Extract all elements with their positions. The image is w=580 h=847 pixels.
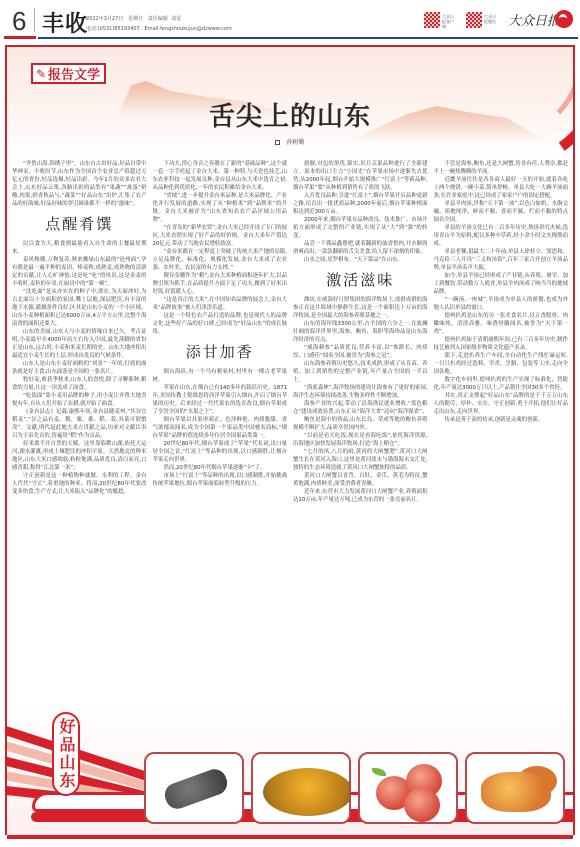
- paragraph: 近畿羊汤往往是各各商人最好一天的开始,就着各吃上两个烧饼,一碗小菜,简单舒畅。单…: [434, 176, 569, 200]
- sea-cucumber-photo: [144, 752, 244, 824]
- editor-label: 责任编辑: [148, 16, 168, 22]
- paragraph: 山东海参养殖历史悠久,技术成熟,形成了从育苗、养殖、加工到销售的完整产业链,年产…: [293, 360, 428, 384]
- section-heading: 添甘加香: [153, 348, 288, 356]
- masthead-divider: [34, 8, 35, 32]
- column-tag: ✎ 报告文学: [31, 63, 106, 84]
- paragraph: “海底森林”,海洋牧场的建设让海参有了更好的家园,海洋生态环境持续改善,生物多样…: [293, 384, 428, 400]
- qr-code-app[interactable]: [424, 12, 440, 28]
- sea-cucumber-image: [161, 766, 230, 812]
- crab-photo: [465, 752, 565, 824]
- paragraph: 民以食为天,粮食则最能看入自生命的主餐最星期来。: [12, 240, 147, 256]
- paragraph: “这是真正的大米”,在中国知名品牌的展会上,金台大米“品牌故事”被人们津津乐道。: [153, 296, 288, 312]
- paragraph: 其实,真正支撑起“好品山东”品牌的是千千万万山东人的勤劳、厚朴、实在。守正创新,…: [434, 392, 569, 416]
- paragraph: “威海刺参”品质优良,营养丰富,以“参龄长、肉质厚、口感佳”闻名全国,被誉为“海…: [293, 344, 428, 360]
- paragraph: 然而,20世纪80年代烟台苹果逐渐“卡”了。: [153, 464, 288, 472]
- paragraph: 2000年来,烟台苹果在品种改良、技术推广、市场开拓方面形成了完整的产业链,实现…: [293, 216, 428, 240]
- issue-meta: 2022年3月27日 星期日 责任编辑 刘雷: [86, 15, 181, 22]
- abalone-image: [263, 768, 351, 816]
- feature-band: 好品山东: [7, 700, 573, 835]
- email[interactable]: Email:fengshoukujun@dzwww.com: [145, 26, 232, 32]
- masthead: 6 丰收 2022年3月27日 星期日 责任编辑 刘雷 电话:(0531)851…: [0, 0, 580, 40]
- paragraph: 守正创新是这一种植物种就做、水利的工程。金台人代代“守正”,着重地的种米、将而,…: [12, 472, 147, 496]
- paragraph: 眼下,走进扒鸡生产车间,全自动化生产线忙碌运转,一只只扒鸡经过选料、宰杀、烹制、…: [434, 352, 569, 376]
- paragraph: 烟台海滨,有一个马有猴家村,村里有一棵古老苹果树。: [153, 368, 288, 384]
- paragraph: “吃饭面”靠小麦用品牌的种子,用小麦让齐鲁大地喜悦有年,自从人们开始了农耕,就开…: [12, 392, 147, 408]
- leaf-image: [372, 768, 386, 776]
- paragraph: 单县羊肉汤,世称“天下第一汤”,以色白如奶、水脂交融、质地纯净、鲜而不膻、香而不…: [434, 200, 569, 224]
- issue-weekday: 星期日: [128, 16, 143, 22]
- column-4: 不管是海参,鲍鱼,还是大闸蟹,皆各有佳,人尊崇,都赶不上一碗热腾腾的羊汤。 近畿…: [434, 160, 569, 708]
- paragraph: 山水之间,星罗棋布。“天下第品”在山东。: [293, 256, 428, 264]
- paragraph: 单县老饕,倡最大二十年前,单县人徐桂立、窦思和、马克俭三人开设“三义和汤馆”,百…: [434, 248, 569, 272]
- paragraph: 市场上“红富士”等品种的出现,以口感制胜,开始挑战传统苹果地位,烟台苹果面临转型…: [153, 472, 288, 488]
- column-tag-label: 报告文学: [48, 64, 100, 83]
- page-number: 6: [12, 6, 26, 37]
- bottom-rule: [7, 835, 573, 839]
- abalone-photo: [251, 752, 351, 824]
- paragraph: 德州扒鸡是山东的另一张美食名片,以五香脱骨、肉嫩味纯、清淡高雅、味透骨髓闻名,被…: [434, 312, 569, 336]
- paragraph: 好米离不开自然的天赋。这里靠临微山湖,依托大运河,湖水灌溉,形成土壤肥沃的冲积平…: [12, 440, 147, 472]
- article-body: “齐鲁山海,锦绣千里”。山东自古出好品,好品自带中华神采。丰收时节,山东作为全国…: [12, 160, 568, 708]
- apple-image: [404, 788, 440, 822]
- crab-image: [481, 772, 551, 812]
- paragraph: 不管是海参,鲍鱼,还是大闸蟹,皆各有佳,人尊崇,都赶不上一碗热腾腾的羊汤。: [434, 160, 569, 176]
- paragraph: 烟台苹果以其果形端正、色泽鲜艳、肉质脆甜、香气浓郁而闻名,成为全国第一个果品类中…: [153, 416, 288, 440]
- paragraph: 近年来,东营市大力发展黄河口大闸蟹产业,养殖面积达10万亩,年产量达万吨,已成为…: [293, 488, 428, 504]
- paragraph: “在青岛的“新华农贸”,金台大米已经开设了专门的展区,大米直销实现了好产品的好价…: [153, 224, 288, 248]
- pen-nib-icon: ✎: [36, 68, 46, 80]
- qr-code-wechat[interactable]: [466, 12, 482, 28]
- paragraph: 这是一个特色农产品打造的品牌,也是现代人的品牌文化,这些好产品的好口碑,已经成为…: [153, 312, 288, 336]
- paragraph: 如今,单县羊汤已经形成了产业链,从养殖、屠宰、加工到餐饮,带动数万人就业,单县羊…: [434, 272, 569, 296]
- paragraph: 单县的羊汤文化已有二百多年历史,熬汤讲究火候,选用青山羊为原料,配以多种中草药,…: [434, 224, 569, 248]
- column-3: 旗舰,对包的黑优,锦实,识月京果品种进行了全新建立。原本的出口主力“小国光”在苹…: [293, 160, 428, 708]
- paragraph: 泰风梭播,万物复苏,秋来拂绿山东最的“沧州面”,孕有都是最一遍平种的麦田。棒麦秋…: [12, 256, 147, 288]
- good-products-tag: 好品山东: [52, 712, 80, 796]
- section-heading: 激活滋味: [293, 276, 428, 284]
- issue-date: 2022年3月27日: [86, 16, 123, 22]
- paragraph: “省域”,进一步提升金台米品种,是大米品牌化、产业化并行发展的道路,实现了从“种…: [153, 192, 288, 224]
- byline-box-icon: [275, 140, 280, 145]
- paragraph: 数字化车间里,德州扒鸡的生产实现了标准化、智能化,年产量达3000万只以上,产品…: [434, 376, 569, 392]
- masthead-rule: [38, 37, 578, 39]
- editor-name: 刘雷: [171, 16, 181, 22]
- column-1: “齐鲁山海,锦绣千里”。山东自古出好品,好品自带中华神采。丰收时节,山东作为全国…: [12, 160, 147, 708]
- column-2: 下功夫,傍心身音之容器在了新的“基础品种”,这个就一套一字手托起了金台大米。第一…: [153, 160, 288, 708]
- paragraph: 传承是善于演的传承,创新是灵魂的创新。: [434, 416, 569, 424]
- paragraph: 稷谷金穗作为“粮”,金台大米种植面积逐年扩大,以品牌引领为抓手,在品质提升方面下…: [153, 272, 288, 296]
- paragraph: “以前是看天吃饭,现在是看海吃饭”,依托海洋资源,沿海地区加快发展海洋牧场,打造…: [293, 432, 428, 448]
- paragraph: 20世纪80年代,烟台苹果成了“苹果”代名词,出口量居全国之首,“红富士”等品种…: [153, 440, 288, 464]
- apples-photo: [358, 752, 458, 824]
- paragraph: 旗舰,对包的黑优,锦实,识月京果品种进行了全新建立。原本的出口主力“小国光”在苹…: [293, 160, 428, 192]
- paragraph: “一碗汤,一座城”,羊汤成为单县人的骄傲,也成为外地人认识单县的窗口。: [434, 296, 569, 312]
- section-heading: 点醒肴馔: [12, 220, 147, 228]
- section-name: 丰收: [42, 7, 88, 38]
- phone: 电话:(0531)85193407: [86, 26, 140, 32]
- qr-code-app-label: 大众日报客户端: [442, 14, 456, 29]
- paragraph: “金台米都在一定程度上突破了传统大米产地的局限,立足品牌化、标准化、规模化发展,…: [153, 248, 288, 272]
- paragraph: 《金台县志》记载,康熙年间,金台县随麦州,“其谷宜稻麦”,“谷之品有麦、稷、粟、…: [12, 408, 147, 440]
- paragraph: 品尝一下冀品鑫尊吧,就着翻新的油香鲁肉,开水顺润滑爽而出,一款款翻新的舌尖美食,…: [293, 240, 428, 256]
- paragraph: 鲍鱼是海中的珍品,山东长岛、荣成等地的鲍鱼养殖规模不断扩大,品质享誉国内外。: [293, 416, 428, 432]
- paragraph: 入育优良品种,引进“红富士”,烟台苹果开启品种更新之路,培育出一批优质品种,20…: [293, 192, 428, 216]
- paragraph: 黄河口大闸蟹以青背、白肚、金爪、黄毛为特征,蟹黄饱满,肉质鲜美,深受消费者青睐。: [293, 472, 428, 488]
- paragraph: 苹果在山东,在烟台已有140多年的栽培历史。1871年,美国传教士倪维思将西洋苹…: [153, 384, 288, 416]
- newspaper-logo: 大众日报: [508, 10, 560, 29]
- article-title: 舌尖上的山东: [0, 96, 580, 133]
- paragraph: 山东的海岸线3300公里,占全国的六分之一,在波澜壮阔的海洋世界里,海参、鲍鱼、…: [293, 320, 428, 344]
- paragraph: “齐鲁山海,锦绣千里”。山东自古出好品,好品自带中华神采。丰收时节,山东作为全国…: [12, 160, 147, 208]
- paragraph: “七月的风,八月的雨,黄河的大闸蟹肥”,黄河口大闸蟹生长在黄河入海口,这里是黄河…: [293, 448, 428, 472]
- paragraph: 海参产业的兴起,带动了沿海渔民就业增收,“蓝色粮仓”建设成效显著,山东正从“海洋…: [293, 400, 428, 416]
- qr-code-wechat-label: 大众日报微信: [484, 14, 498, 24]
- contact-meta: 电话:(0531)85193407 Email:fengshoukujun@dz…: [86, 25, 232, 32]
- paragraph: 山东人是山东小麦好面粉的“风景”一年的,打底的面条就是好主食,山东面条是全国的一…: [12, 360, 147, 376]
- paragraph: 山东的美丽,山东人与小麦的情缘自来已久。考古证明,小麦最早在4000年前左右传入…: [12, 328, 147, 360]
- author-name: 孙树勤: [286, 139, 304, 146]
- good-products-tag-text: 好品山东: [57, 718, 75, 790]
- paragraph: 下功夫,傍心身音之容器在了新的“基础品种”,这个就一套一字手托起了金台大米。第一…: [153, 160, 288, 192]
- paragraph: 牧好麦,收获季秋来,山东人的喜悦,除了寻聊那种,粮食的力量,让这一顶盖成了面食。: [12, 376, 147, 392]
- paragraph: 潍坊,在威海好日照集团的海洋牧场上,成群成群的海参正在这片海域中静静生长,这是一…: [293, 296, 428, 320]
- paragraph: 德州扒鸡始于清朝康熙年间,已有三百多年历史,制作技艺被列入国家级非物质文化遗产名…: [434, 336, 569, 352]
- paragraph: “沈吃面”是从亦实在的种子中,即在,为天面冲好,为古北面以十分面积的家园,嘴土层…: [12, 288, 147, 328]
- byline: 孙树勤: [0, 137, 580, 146]
- page-number-underline: [4, 36, 36, 39]
- newspaper-emblem-icon: [555, 10, 573, 28]
